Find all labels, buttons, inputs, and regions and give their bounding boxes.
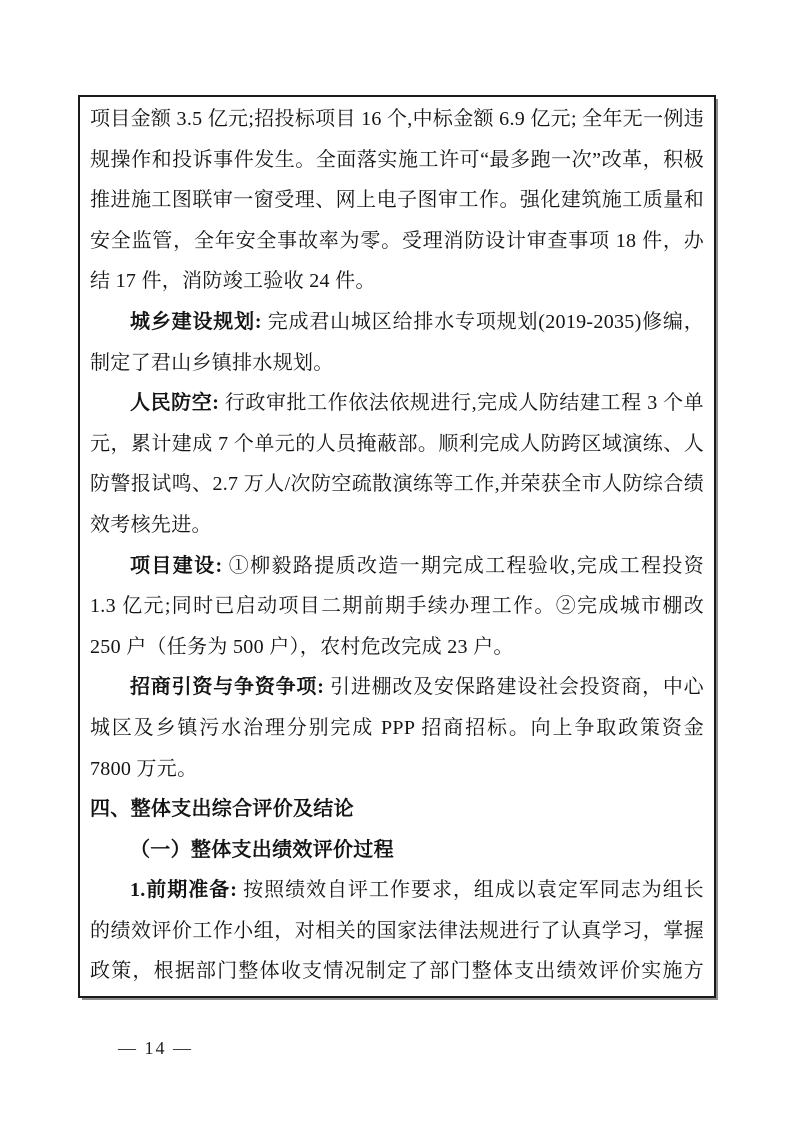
heading-text: 四、整体支出综合评价及结论 (90, 798, 354, 820)
paragraph-urban-rural-planning: 城乡建设规划:完成君山城区给排水专项规划(2019-2035)修编， 制定了君山… (90, 302, 704, 383)
paragraph-lead-label: 人民防空: (130, 392, 225, 414)
heading-section-four: 四、整体支出综合评价及结论 (90, 789, 704, 830)
paragraph-construction-summary: 项目金额 3.5 亿元;招投标项目 16 个,中标金额 6.9 亿元; 全年无一… (90, 99, 704, 302)
paragraph-text: 项目金额 3.5 亿元;招投标项目 16 个,中标金额 6.9 亿元; 全年无一… (90, 108, 704, 292)
paragraph-lead-label: 1.前期准备: (130, 879, 243, 901)
heading-text: （一）整体支出绩效评价过程 (130, 839, 394, 861)
paragraph-civil-air-defense: 人民防空:行政审批工作依法依规进行,完成人防结建工程 3 个单元，累计建成 7 … (90, 383, 704, 545)
page-number: — 14 — (118, 1038, 193, 1059)
document-page: 项目金额 3.5 亿元;招投标项目 16 个,中标金额 6.9 亿元; 全年无一… (0, 0, 793, 1122)
paragraph-lead-label: 城乡建设规划: (130, 311, 268, 333)
heading-subsection-one: （一）整体支出绩效评价过程 (90, 830, 704, 871)
paragraph-project-construction: 项目建设:①柳毅路提质改造一期完成工程验收,完成工程投资 1.3 亿元;同时已启… (90, 546, 704, 668)
paragraph-lead-label: 招商引资与争资争项: (130, 676, 330, 698)
paragraph-lead-label: 项目建设: (130, 555, 229, 577)
paragraph-preparation: 1.前期准备:按照绩效自评工作要求，组成以袁定军同志为组长的绩效评价工作小组，对… (90, 870, 704, 998)
paragraph-investment-attraction: 招商引资与争资争项:引进棚改及安保路建设社会投资商，中心城区及乡镇污水治理分别完… (90, 667, 704, 789)
document-border-frame: 项目金额 3.5 亿元;招投标项目 16 个,中标金额 6.9 亿元; 全年无一… (78, 95, 716, 998)
